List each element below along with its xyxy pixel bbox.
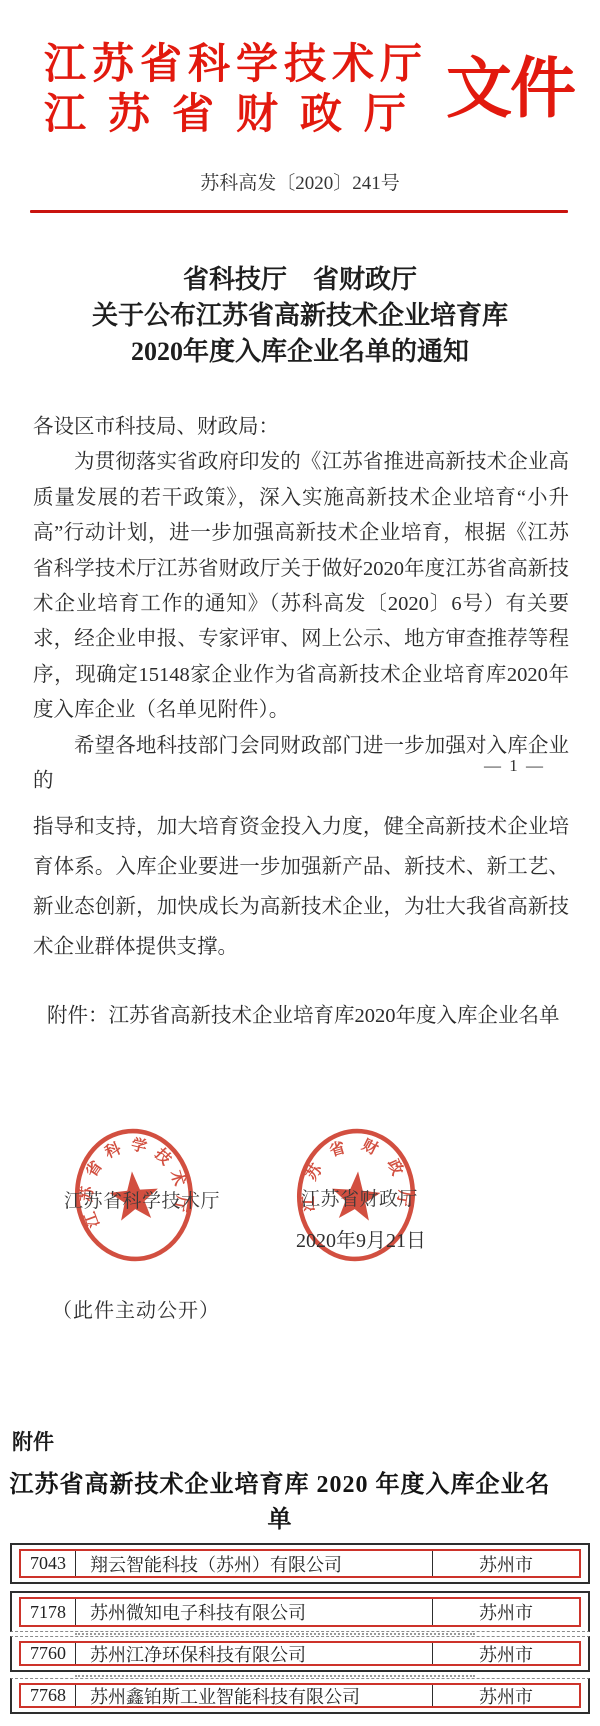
table-row-fragment: 7178 苏州微知电子科技有限公司 苏州市 — [10, 1591, 590, 1632]
cutoff-row-remnant — [75, 1675, 475, 1677]
red-divider-rule — [30, 210, 568, 213]
row-city: 苏州市 — [433, 1643, 579, 1664]
row-number: 7760 — [21, 1643, 76, 1664]
table-row: 7768 苏州鑫铂斯工业智能科技有限公司 苏州市 — [19, 1683, 581, 1708]
body-page1: 各设区市科技局、财政局： 为贯彻落实省政府印发的《江苏省推进高新技术企业高质量发… — [33, 410, 569, 799]
table-row: 7760 苏州江净环保科技有限公司 苏州市 — [19, 1641, 581, 1666]
salutation: 各设区市科技局、财政局： — [33, 410, 569, 445]
attachment-reference-line: 附件：江苏省高新技术企业培育库2020年度入库企业名单 — [47, 1000, 569, 1032]
appendix-heading: 附件 — [12, 1426, 54, 1456]
signature-org-finance: 江苏省财政厅 — [301, 1184, 418, 1211]
org-name-line2: 江苏省财政厅 — [44, 90, 428, 140]
signature-org-science: 江苏省科学技术厅 — [64, 1186, 220, 1213]
document-title: 省科技厅 省财政厅 关于公布江苏省高新技术企业培育库 2020年度入库企业名单的… — [0, 262, 600, 370]
row-company-name: 苏州江净环保科技有限公司 — [76, 1643, 433, 1664]
table-row-fragment: 7760 苏州江净环保科技有限公司 苏州市 — [10, 1636, 590, 1672]
row-company-name: 翔云智能科技（苏州）有限公司 — [76, 1551, 433, 1576]
table-row: 7043 翔云智能科技（苏州）有限公司 苏州市 — [19, 1549, 581, 1578]
document-number: 苏科高发〔2020〕241号 — [0, 168, 600, 195]
title-line-3: 2020年度入库企业名单的通知 — [0, 334, 600, 370]
table-row: 7178 苏州微知电子科技有限公司 苏州市 — [19, 1597, 581, 1627]
body-paragraph-1: 为贯彻落实省政府印发的《江苏省推进高新技术企业高质量发展的若干政策》，深入实施高… — [33, 445, 569, 728]
official-document-page: 江苏省科学技术厅 江苏省财政厅 文件 苏科高发〔2020〕241号 省科技厅 省… — [0, 0, 600, 1726]
row-city: 苏州市 — [433, 1685, 579, 1706]
row-number: 7178 — [21, 1599, 76, 1625]
row-city: 苏州市 — [433, 1599, 579, 1625]
table-row-fragment: 7043 翔云智能科技（苏州）有限公司 苏州市 — [10, 1543, 590, 1584]
title-line-2: 关于公布江苏省高新技术企业培育库 — [0, 298, 600, 334]
appendix-table-title: 江苏省高新技术企业培育库 2020 年度入库企业名单 — [0, 1464, 560, 1534]
page-number: — 1 — — [484, 756, 545, 776]
signature-date: 2020年9月21日 — [296, 1224, 426, 1253]
row-company-name: 苏州微知电子科技有限公司 — [76, 1599, 433, 1625]
org-name-line1: 江苏省科学技术厅 — [44, 40, 428, 90]
row-number: 7768 — [21, 1685, 76, 1706]
disclosure-note: （此件主动公开） — [52, 1294, 220, 1323]
row-number: 7043 — [21, 1551, 76, 1576]
row-city: 苏州市 — [433, 1551, 579, 1576]
body-page2: 指导和支持，加大培育资金投入力度，健全高新技术企业培育体系。入库企业要进一步加强… — [33, 807, 569, 967]
row-company-name: 苏州鑫铂斯工业智能科技有限公司 — [76, 1685, 433, 1706]
cutoff-row-remnant — [75, 1633, 475, 1635]
title-line-1: 省科技厅 省财政厅 — [0, 262, 600, 298]
body-paragraph-2-end: 指导和支持，加大培育资金投入力度，健全高新技术企业培育体系。入库企业要进一步加强… — [33, 807, 569, 967]
letterhead: 江苏省科学技术厅 江苏省财政厅 — [44, 40, 428, 140]
file-label: 文件 — [446, 50, 574, 130]
table-row-fragment: 7768 苏州鑫铂斯工业智能科技有限公司 苏州市 — [10, 1678, 590, 1714]
